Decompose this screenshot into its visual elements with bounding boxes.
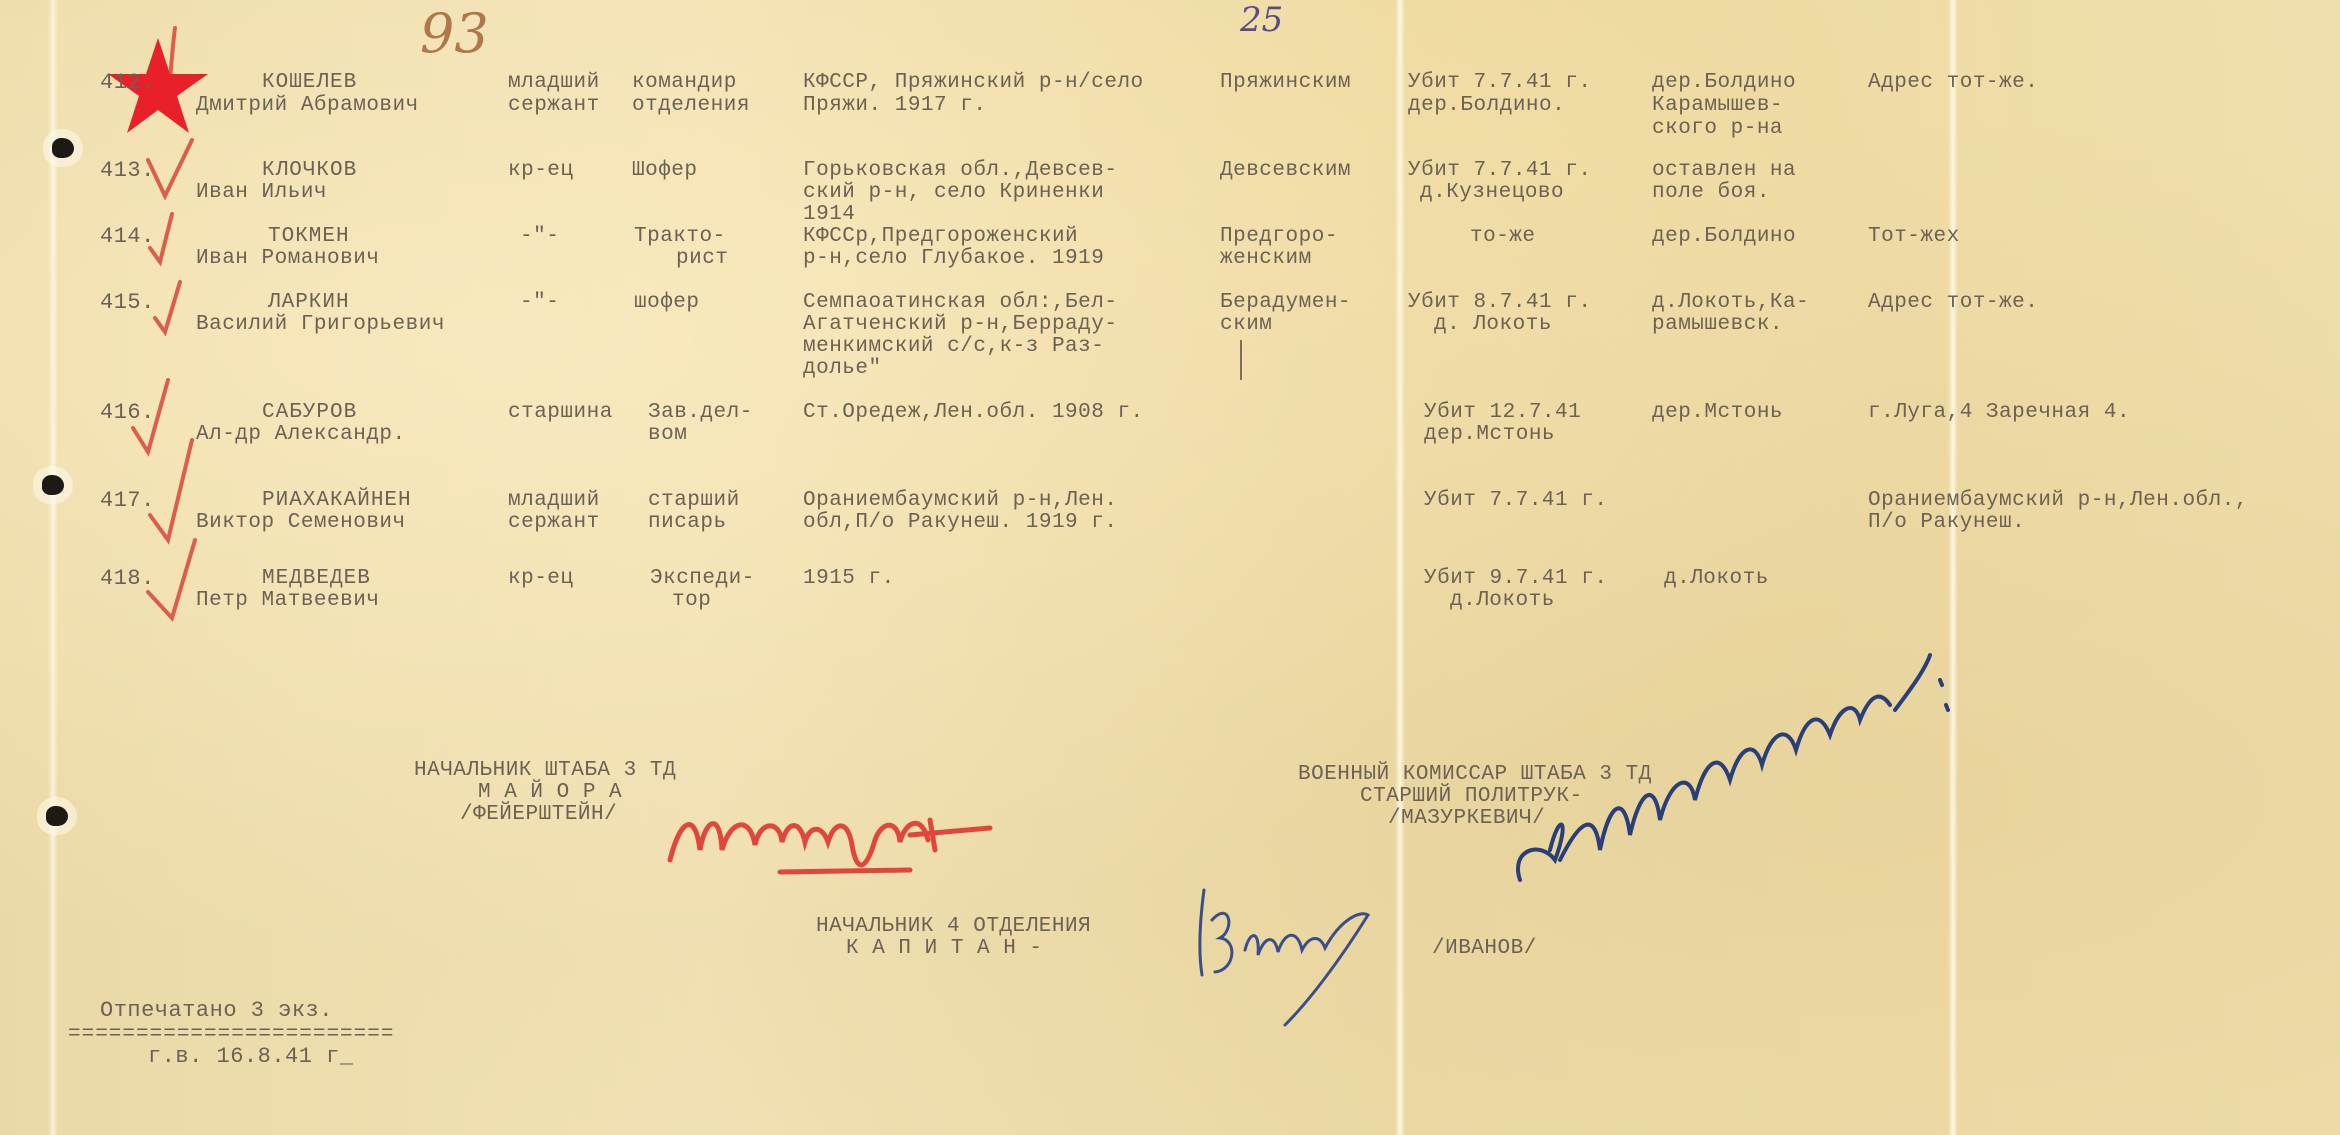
position: командир (632, 72, 737, 93)
birthplace: ский р-н, село Криненки (803, 182, 1104, 203)
rank: младший (508, 490, 600, 511)
given-name: Василий Григорьевич (196, 314, 445, 335)
red-ink-signature (660, 780, 1060, 890)
fate: Убит 7.7.41 г. (1408, 160, 1591, 181)
row-number: 412. (100, 72, 155, 93)
row-number: 417. (100, 490, 155, 511)
burial: д.Локоть (1664, 568, 1769, 589)
position: писарь (648, 512, 727, 533)
position: Экспеди- (650, 568, 755, 589)
address: П/о Ракунеш. (1868, 512, 2025, 533)
birthplace: Пряжи. 1917 г. (803, 95, 986, 116)
address: Ораниембаумский р-н,Лен.обл., (1868, 490, 2248, 511)
surname: КОШЕЛЕВ (262, 72, 357, 93)
row-number: 416. (100, 402, 155, 423)
address: Тот-жех (1868, 226, 1960, 247)
signatory-name: /ИВАНОВ/ (1432, 938, 1537, 959)
surname: ТОКМЕН (268, 226, 350, 247)
burial: Карамышев- (1652, 95, 1783, 116)
surname: ЛАРКИН (268, 292, 350, 313)
burial: рамышевск. (1652, 314, 1783, 335)
drafted-by: женским (1220, 248, 1312, 269)
birthplace: Ораниембаумский р-н,Лен. (803, 490, 1117, 511)
given-name: Иван Романович (196, 248, 379, 269)
drafted-by: Девсевским (1220, 160, 1351, 181)
birthplace: долье" (803, 358, 882, 379)
separator-line: ======================== (68, 1024, 394, 1045)
signatory-name: /ФЕЙЕРШТЕЙН/ (460, 804, 617, 825)
birthplace: Ст.Оредеж,Лен.обл. 1908 г. (803, 402, 1144, 423)
position: Зав.дел- (648, 402, 753, 423)
burial: оставлен на (1652, 160, 1796, 181)
fate: Убит 7.7.41 г. (1408, 72, 1591, 93)
blue-ink-signature (1190, 880, 1390, 1030)
position: старший (648, 490, 740, 511)
fate: Убит 9.7.41 г. (1424, 568, 1607, 589)
row-number: 415. (100, 292, 155, 313)
position: вом (648, 424, 687, 445)
birthplace: обл,П/о Ракунеш. 1919 г. (803, 512, 1117, 533)
rank: -"- (520, 226, 559, 247)
fate: то-же (1470, 226, 1536, 247)
rank: кр-ец (508, 160, 574, 181)
birthplace: Семпаоатинская обл:,Бел- (803, 292, 1117, 313)
fate: д.Локоть (1450, 590, 1555, 611)
rank: сержант (508, 512, 600, 533)
signatory-title: НАЧАЛЬНИК 4 ОТДЕЛЕНИЯ (816, 916, 1091, 937)
surname: РИАХАКАЙНЕН (262, 490, 412, 511)
address: г.Луга,4 Заречная 4. (1868, 402, 2130, 423)
given-name: Виктор Семенович (196, 512, 406, 533)
fate: д.Кузнецово (1420, 182, 1564, 203)
address: Адрес тот-же. (1868, 292, 2038, 313)
drafted-by: Предгоро- (1220, 226, 1338, 247)
burial: дер.Мстонь (1652, 402, 1783, 423)
birthplace: 1915 г. (803, 568, 895, 589)
position: шофер (634, 292, 700, 313)
given-name: Ал-др Александр. (196, 424, 406, 445)
row-number: 418. (100, 568, 155, 589)
rank: кр-ец (508, 568, 574, 589)
position: отделения (632, 95, 750, 116)
fate: дер.Мстонь (1424, 424, 1555, 445)
birthplace: 1914 (803, 204, 855, 225)
rank: старшина (508, 402, 613, 423)
birthplace: КФССР, Пряжинский р-н/село (803, 72, 1144, 93)
fate: д. Локоть (1434, 314, 1552, 335)
drafted-by: ским (1220, 314, 1272, 335)
burial: дер.Болдино (1652, 226, 1796, 247)
copies-note: Отпечатано 3 экз. (100, 1000, 333, 1021)
given-name: Петр Матвеевич (196, 590, 379, 611)
burial: ского р-на (1652, 118, 1783, 139)
birthplace: КФССр,Предгороженский (803, 226, 1078, 247)
drafted-by: Берадумен- (1220, 292, 1351, 313)
rank: сержант (508, 95, 600, 116)
fate: дер.Болдино. (1408, 95, 1565, 116)
surname: САБУРОВ (262, 402, 357, 423)
burial: д.Локоть,Ка- (1652, 292, 1809, 313)
blue-ink-signature (1500, 650, 1960, 900)
position: тор (672, 590, 711, 611)
drafted-by: Пряжинским (1220, 72, 1351, 93)
signatory-title: НАЧАЛЬНИК ШТАБА 3 ТД (414, 760, 676, 781)
row-number: 414. (100, 226, 155, 247)
position: Шофер (632, 160, 698, 181)
fate: Убит 7.7.41 г. (1424, 490, 1607, 511)
position: Тракто- (634, 226, 726, 247)
position: рист (676, 248, 728, 269)
print-date: г.в. 16.8.41 г_ (148, 1046, 354, 1067)
surname: МЕДВЕДЕВ (262, 568, 371, 589)
surname: КЛОЧКОВ (262, 160, 357, 181)
burial: дер.Болдино (1652, 72, 1796, 93)
fate: Убит 12.7.41 (1424, 402, 1581, 423)
pen-stroke (1240, 340, 1242, 380)
given-name: Дмитрий Абрамович (196, 95, 419, 116)
rank: -"- (520, 292, 559, 313)
signatory-rank: К А П И Т А Н - (846, 938, 1043, 959)
given-name: Иван Ильич (196, 182, 327, 203)
birthplace: Агатченский р-н,Берраду- (803, 314, 1117, 335)
birthplace: Горьковская обл.,Девсев- (803, 160, 1117, 181)
rank: младший (508, 72, 600, 93)
birthplace: менкимский с/с,к-з Раз- (803, 336, 1104, 357)
row-number: 413. (100, 160, 155, 181)
address: Адрес тот-же. (1868, 72, 2038, 93)
birthplace: р-н,село Глубакое. 1919 (803, 248, 1104, 269)
signatory-rank: М А Й О Р А (478, 782, 622, 803)
fate: Убит 8.7.41 г. (1408, 292, 1591, 313)
punch-hole (46, 806, 68, 826)
burial: поле боя. (1652, 182, 1770, 203)
